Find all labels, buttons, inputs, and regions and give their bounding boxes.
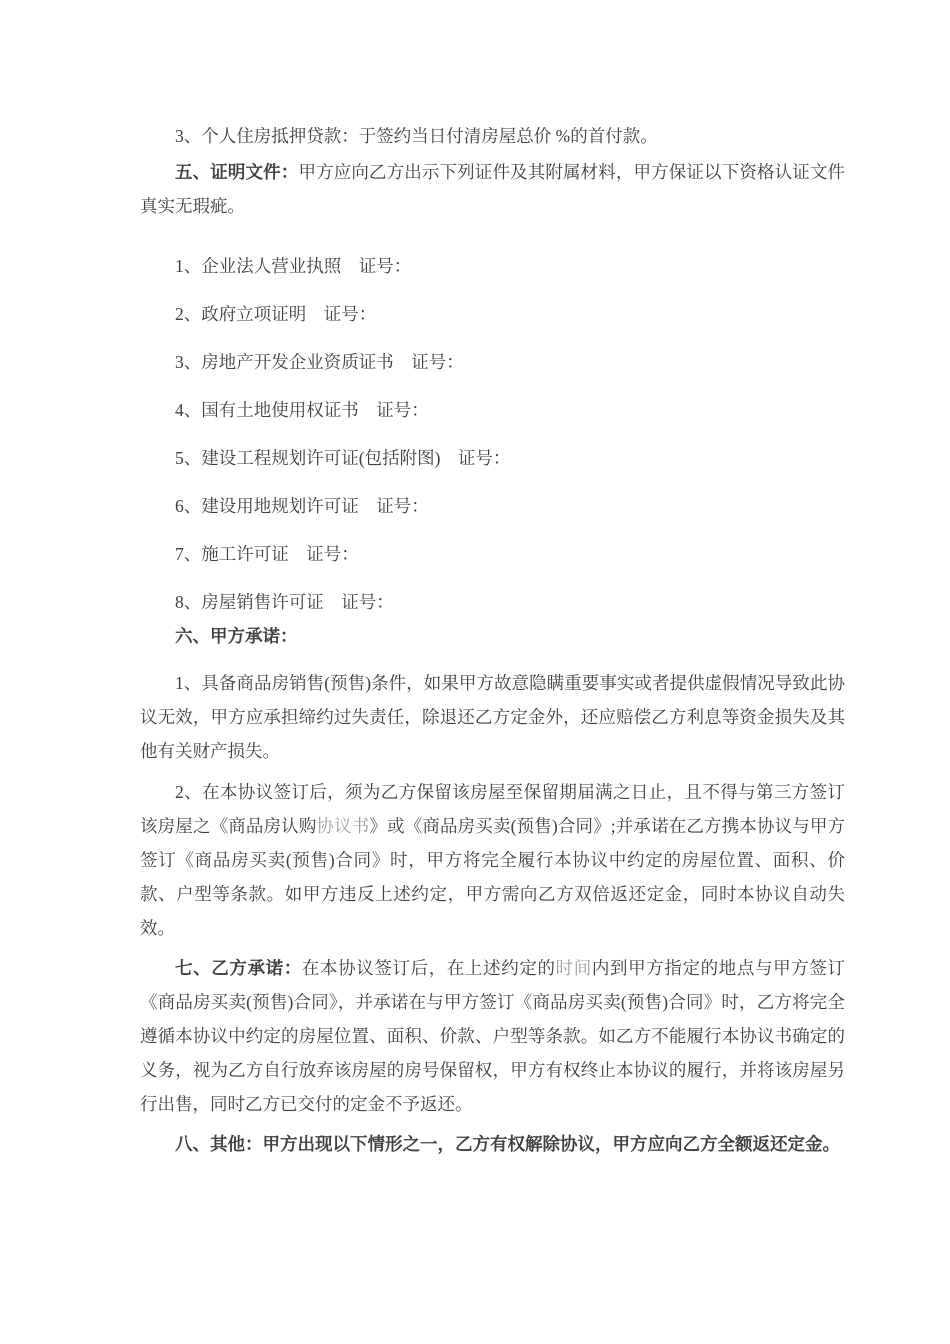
section-6-title: 六、甲方承诺：	[140, 619, 845, 653]
cert-item-construction-planning-permit: 5、建设工程规划许可证(包括附图) 证号：	[140, 441, 845, 475]
section-7-title: 七、乙方承诺：	[175, 958, 302, 978]
clause-personal-mortgage: 3、个人住房抵押贷款：于签约当日付清房屋总价 %的首付款。	[140, 119, 845, 153]
cert-item-government-approval: 2、政府立项证明 证号：	[140, 297, 845, 331]
section-7-text-a: 在本协议签订后，在上述约定的	[302, 958, 556, 978]
keyword-agreement: 协议书	[316, 816, 369, 836]
cert-item-land-planning-permit: 6、建设用地规划许可证 证号：	[140, 489, 845, 523]
section-8-other: 八、其他：甲方出现以下情形之一，乙方有权解除协议，甲方应向乙方全额返还定金。	[140, 1127, 845, 1161]
section-5-certificates: 五、证明文件：甲方应向乙方出示下列证件及其附属材料，甲方保证以下资格认证文件真实…	[140, 155, 845, 223]
cert-item-developer-qualification: 3、房地产开发企业资质证书 证号：	[140, 345, 845, 379]
section-6-clause-1: 1、具备商品房销售(预售)条件，如果甲方故意隐瞒重要事实或者提供虚假情况导致此协…	[140, 666, 845, 768]
cert-item-construction-permit: 7、施工许可证 证号：	[140, 537, 845, 571]
section-5-title: 五、证明文件：	[175, 162, 298, 182]
section-7-party-b-commitment: 七、乙方承诺：在本协议签订后，在上述约定的时间内到甲方指定的地点与甲方签订《商品…	[140, 951, 845, 1121]
section-7-text-b: 内到甲方指定的地点与甲方签订《商品房买卖(预售)合同》，并承诺在与甲方签订《商品…	[140, 958, 845, 1114]
cert-item-sales-permit: 8、房屋销售许可证 证号：	[140, 585, 845, 619]
cert-item-business-license: 1、企业法人营业执照 证号：	[140, 249, 845, 283]
section-8-title: 八、其他：	[175, 1134, 263, 1154]
section-8-text: 甲方出现以下情形之一，乙方有权解除协议，甲方应向乙方全额返还定金。	[263, 1134, 841, 1154]
cert-item-land-use-right: 4、国有土地使用权证书 证号：	[140, 393, 845, 427]
keyword-time: 时间	[556, 958, 592, 978]
contract-document: 3、个人住房抵押贷款：于签约当日付清房屋总价 %的首付款。 五、证明文件：甲方应…	[0, 0, 950, 1344]
section-6-clause-2: 2、在本协议签订后，须为乙方保留该房屋至保留期届满之日止，且不得与第三方签订该房…	[140, 775, 845, 945]
